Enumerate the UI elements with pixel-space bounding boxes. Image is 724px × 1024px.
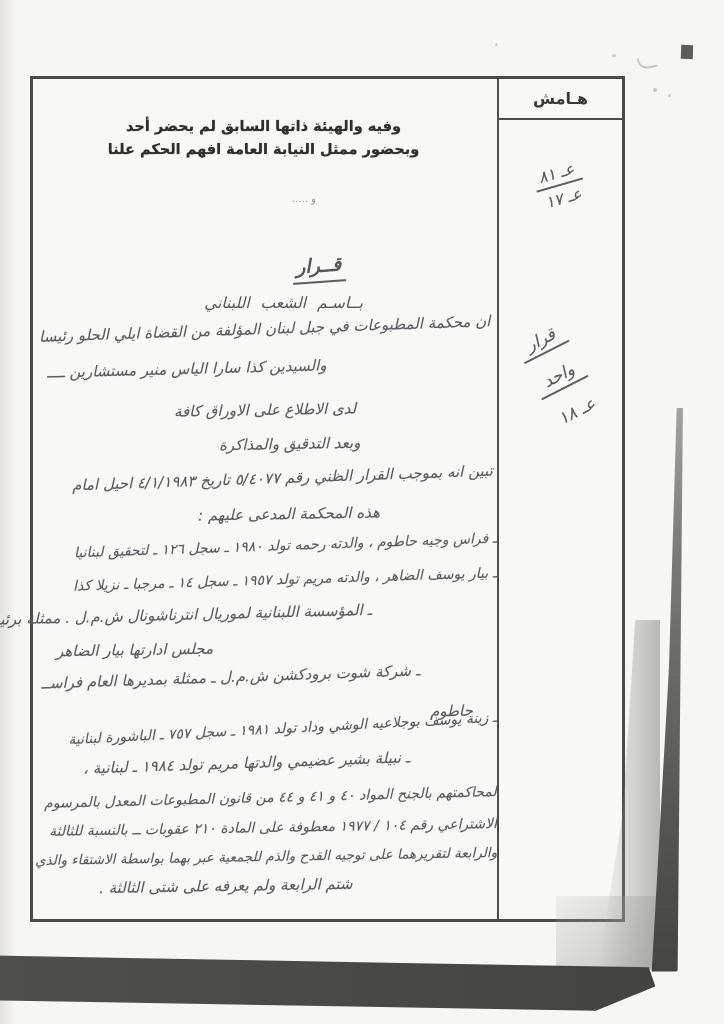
pencil-mark xyxy=(668,94,671,97)
decision-heading: قــرار xyxy=(291,253,346,279)
margin-column-divider xyxy=(497,79,499,919)
margin-note-line: عـ ١٧ xyxy=(543,184,583,212)
scan-corner-shade xyxy=(556,896,660,968)
pencil-mark xyxy=(637,54,658,71)
scan-artifact-square xyxy=(681,45,693,59)
signature-mark: و ..... xyxy=(292,194,316,205)
handwritten-line: مجلس ادارتها بيار الضاهر xyxy=(56,640,213,661)
stray-diacritic-mark: ٴ xyxy=(495,44,498,55)
handwritten-line: وبعد التدقيق والمذاكرة xyxy=(218,434,360,454)
typed-line-2: وبحضور ممثل النيابة العامة افهم الحكم عل… xyxy=(30,142,497,158)
scan-left-edge-shade xyxy=(0,0,16,1024)
typed-line-1: وفيه والهيئة ذاتها السابق لم يحضر أحد xyxy=(30,119,497,135)
margin-note-line: عـ ١٨ xyxy=(555,394,599,429)
margin-header-label: هـامش xyxy=(533,89,588,108)
margin-header-cell: هـامش xyxy=(499,79,622,120)
scanned-page: هـامش ٴ وفيه والهيئة ذاتها السابق لم يحض… xyxy=(0,0,724,1024)
handwritten-line: هذه المحكمة المدعى عليهم : xyxy=(198,503,380,524)
handwritten-line: لدى الاطلاع على الاوراق كافة xyxy=(174,399,356,420)
pencil-mark xyxy=(612,54,616,57)
pencil-mark xyxy=(653,88,657,92)
in-the-name-of-the-people-line: بــاسـم الشعب اللبناني xyxy=(204,294,363,312)
